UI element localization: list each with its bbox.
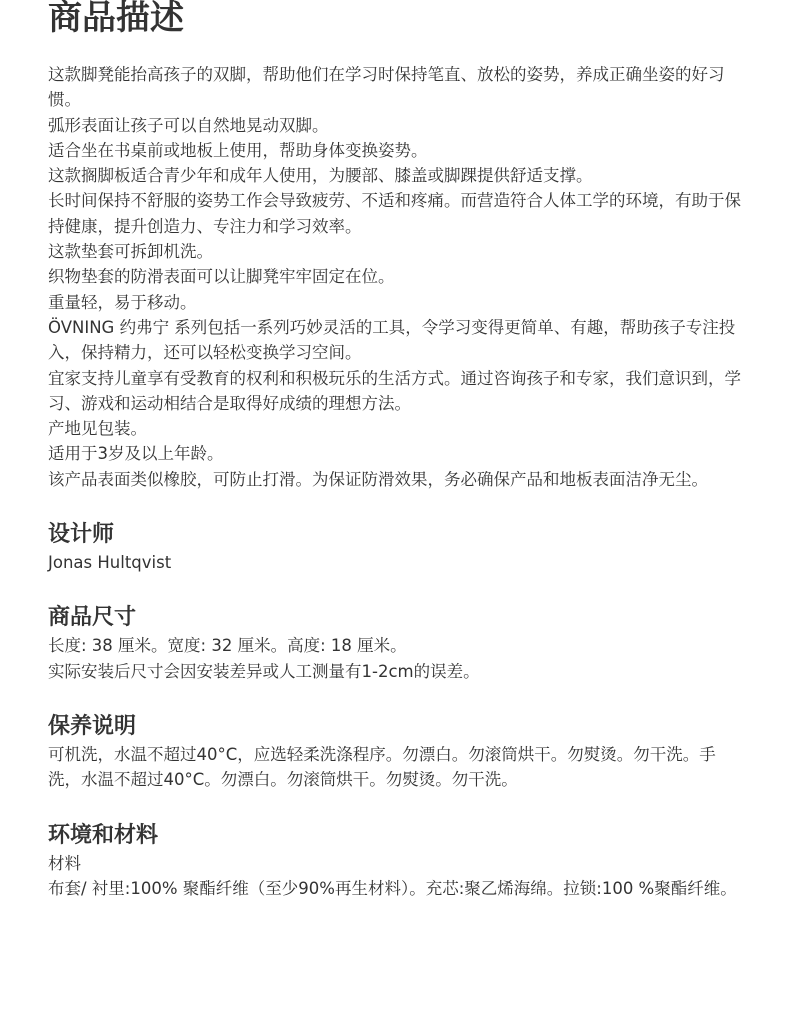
description-paragraph: 长时间保持不舒服的姿势工作会导致疲劳、不适和疼痛。而营造符合人体工学的环境，有助…: [48, 188, 742, 239]
description-paragraph: 织物垫套的防滑表面可以让脚凳牢牢固定在位。: [48, 264, 742, 289]
dimensions-note: 实际安装后尺寸会因安装差异或人工测量有1-2cm的误差。: [48, 659, 742, 684]
description-title: 商品描述: [48, 0, 742, 38]
description-paragraph: 适合坐在书桌前或地板上使用，帮助身体变换姿势。: [48, 138, 742, 163]
description-paragraph: 产地见包装。: [48, 416, 742, 441]
description-paragraph: 该产品表面类似橡胶，可防止打滑。为保证防滑效果，务必确保产品和地板表面洁净无尘。: [48, 467, 742, 492]
description-paragraph: 这款垫套可拆卸机洗。: [48, 239, 742, 264]
description-paragraph: 这款脚凳能抬高孩子的双脚，帮助他们在学习时保持笔直、放松的姿势，养成正确坐姿的好…: [48, 62, 742, 113]
materials-subtitle: 材料: [48, 851, 742, 876]
materials-title: 环境和材料: [48, 821, 742, 851]
designer-title: 设计师: [48, 520, 742, 550]
care-text: 可机洗，水温不超过40°C，应选轻柔洗涤程序。勿漂白。勿滚筒烘干。勿熨烫。勿干洗…: [48, 742, 742, 793]
care-title: 保养说明: [48, 712, 742, 742]
description-paragraph: 弧形表面让孩子可以自然地晃动双脚。: [48, 113, 742, 138]
description-body: 这款脚凳能抬高孩子的双脚，帮助他们在学习时保持笔直、放松的姿势，养成正确坐姿的好…: [48, 62, 742, 492]
description-paragraph: 重量轻，易于移动。: [48, 290, 742, 315]
care-section: 保养说明 可机洗，水温不超过40°C，应选轻柔洗涤程序。勿漂白。勿滚筒烘干。勿熨…: [48, 712, 742, 793]
dimensions-section: 商品尺寸 长度: 38 厘米。宽度: 32 厘米。高度: 18 厘米。 实际安装…: [48, 603, 742, 684]
description-paragraph: 这款搁脚板适合青少年和成年人使用，为腰部、膝盖或脚踝提供舒适支撑。: [48, 163, 742, 188]
product-details: 商品描述 这款脚凳能抬高孩子的双脚，帮助他们在学习时保持笔直、放松的姿势，养成正…: [0, 0, 790, 901]
materials-section: 环境和材料 材料 布套/ 衬里:100% 聚酯纤维（至少90%再生材料）。充芯:…: [48, 821, 742, 902]
materials-text: 布套/ 衬里:100% 聚酯纤维（至少90%再生材料）。充芯:聚乙烯海绵。拉锁:…: [48, 876, 742, 901]
dimensions-line: 长度: 38 厘米。宽度: 32 厘米。高度: 18 厘米。: [48, 633, 742, 658]
description-paragraph: ÖVNING 约弗宁 系列包括一系列巧妙灵活的工具，令学习变得更简单、有趣，帮助…: [48, 315, 742, 366]
designer-section: 设计师 Jonas Hultqvist: [48, 520, 742, 575]
dimensions-title: 商品尺寸: [48, 603, 742, 633]
designer-name: Jonas Hultqvist: [48, 550, 742, 575]
description-paragraph: 适用于3岁及以上年龄。: [48, 441, 742, 466]
description-paragraph: 宜家支持儿童享有受教育的权利和积极玩乐的生活方式。通过咨询孩子和专家，我们意识到…: [48, 366, 742, 417]
